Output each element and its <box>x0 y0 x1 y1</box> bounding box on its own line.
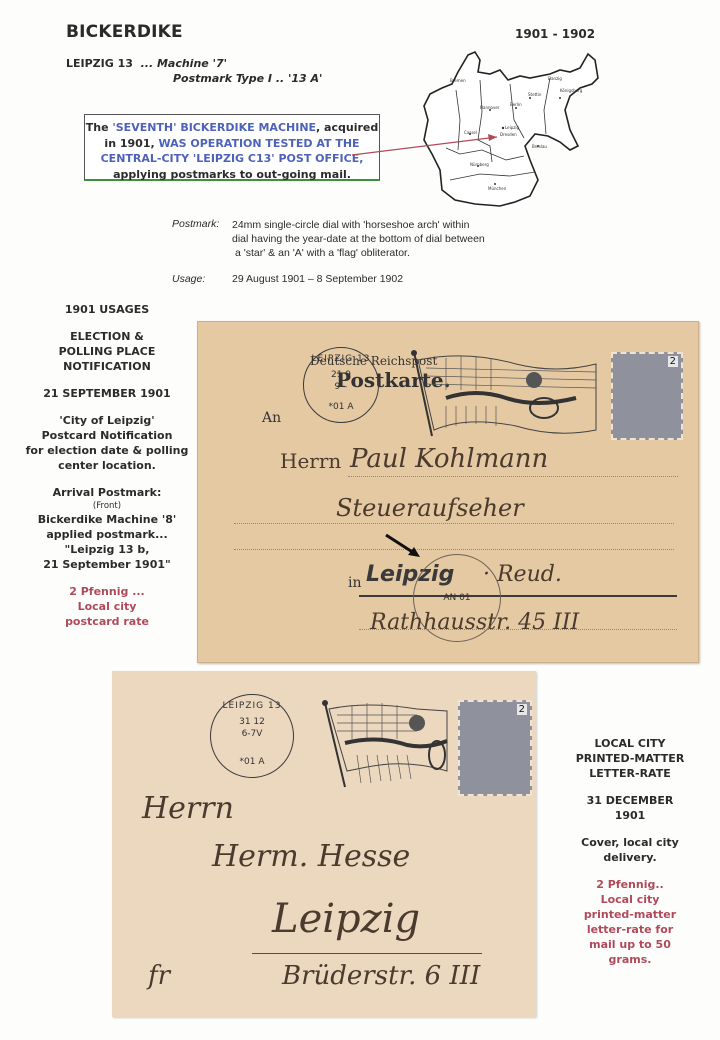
date-line: 1901 <box>550 808 710 823</box>
postmark-description: 24mm single-circle dial with 'horseshoe … <box>232 218 552 260</box>
recipient-name: Paul Kohlmann <box>350 444 548 474</box>
heading-line: LOCAL CITY <box>550 736 710 751</box>
arrival-sub: (Front) <box>22 500 192 512</box>
cover-notes: LOCAL CITY PRINTED-MATTER LETTER-RATE 31… <box>550 736 710 967</box>
postage-stamp: 2 <box>611 352 683 440</box>
arrival-line: applied postmark... <box>22 527 192 542</box>
office-name: LEIPZIG 13 <box>66 57 133 70</box>
postcard-image: Deutsche Reichspost Postkarte. LEIPZIG 1… <box>197 321 699 663</box>
arrival-line: 21 September 1901" <box>22 557 192 572</box>
an-label: An <box>262 410 281 426</box>
svg-text:Berlin: Berlin <box>510 102 522 107</box>
year-range: 1901 - 1902 <box>515 27 595 41</box>
postmark-label: Postmark: <box>172 218 219 230</box>
postmark-line: 24mm single-circle dial with 'horseshoe … <box>232 218 552 232</box>
salutation: Herrn <box>142 791 234 826</box>
svg-text:Danzig: Danzig <box>548 76 562 81</box>
subject-line: POLLING PLACE <box>22 344 192 359</box>
prefix: fr <box>148 961 170 991</box>
cover-image: LEIPZIG 13 31 12 6-7V *01 A 2 Herrn Herm… <box>112 671 536 1017</box>
svg-text:München: München <box>488 186 507 191</box>
rate-line: grams. <box>550 952 710 967</box>
postmark-line: a 'star' & an 'A' with a 'flag' oblitera… <box>232 246 552 260</box>
office-line: LEIPZIG 13 ... Machine '7' <box>66 57 227 70</box>
svg-text:Dresden: Dresden <box>500 132 517 137</box>
herrn-label: Herrn <box>280 449 341 473</box>
rate-line: 2 Pfennig ... <box>22 584 192 599</box>
rate-line: Local city <box>550 892 710 907</box>
section-heading: 1901 USAGES <box>22 302 192 317</box>
in-label: in <box>348 575 362 591</box>
usage-label: Usage: <box>172 273 205 285</box>
date-line: 31 DECEMBER <box>550 793 710 808</box>
page-title: BICKERDIKE <box>66 22 183 42</box>
departure-cancel: LEIPZIG 13 31 12 6-7V *01 A <box>210 694 294 778</box>
arrival-line: "Leipzig 13 b, <box>22 542 192 557</box>
desc-line: 'City of Leipzig' <box>22 413 192 428</box>
svg-text:Königsberg: Königsberg <box>560 88 583 93</box>
rate-line: Local city <box>22 599 192 614</box>
desc-line: delivery. <box>550 850 710 865</box>
recipient-street: Rathhausstr. 45 III <box>370 610 579 635</box>
recipient-occupation: Steueraufseher <box>336 494 524 522</box>
subject-line: NOTIFICATION <box>22 359 192 374</box>
svg-text:Leipzig: Leipzig <box>505 125 519 130</box>
info-text: applying postmarks to out-going mail. <box>113 168 351 181</box>
svg-text:Breslau: Breslau <box>532 144 547 149</box>
germany-map: LeipzigHannoverBerlin KönigsbergStettinD… <box>420 50 620 210</box>
recipient-name: Herm. Hesse <box>212 839 410 874</box>
desc-line: Cover, local city <box>550 835 710 850</box>
postage-stamp: 2 <box>458 700 532 796</box>
heading-line: PRINTED-MATTER <box>550 751 710 766</box>
arrival-title: Arrival Postmark: <box>22 485 192 500</box>
info-text: The <box>86 121 113 134</box>
heading-line: LETTER-RATE <box>550 766 710 781</box>
arrival-line: Bickerdike Machine '8' <box>22 512 192 527</box>
rate-line: postcard rate <box>22 614 192 629</box>
rate-line: mail up to 50 <box>550 937 710 952</box>
rate-line: 2 Pfennig.. <box>550 877 710 892</box>
usage-date: 21 SEPTEMBER 1901 <box>22 386 192 401</box>
postmark-line: dial having the year-date at the bottom … <box>232 232 552 246</box>
desc-line: center location. <box>22 458 192 473</box>
departure-cancel: LEIPZIG 13 21 9 9 – *01 A <box>303 347 379 423</box>
recipient-street: Brüderstr. 6 III <box>282 961 480 991</box>
info-highlight: 'SEVENTH' BICKERDIKE MACHINE <box>112 121 316 134</box>
postcard-notes: 1901 USAGES ELECTION & POLLING PLACE NOT… <box>22 302 192 629</box>
svg-text:Bremen: Bremen <box>450 78 466 83</box>
svg-text:Stettin: Stettin <box>528 92 542 97</box>
desc-line: for election date & polling <box>22 443 192 458</box>
subject-line: ELECTION & <box>22 329 192 344</box>
svg-text:Cassel: Cassel <box>464 130 477 135</box>
postmark-type: Postmark Type I .. '13 A' <box>173 72 322 85</box>
flag-obliterator <box>317 699 457 791</box>
machine-number: ... Machine '7' <box>141 57 227 70</box>
svg-text:Nürnberg: Nürnberg <box>470 162 489 167</box>
usage-dates: 29 August 1901 – 8 September 1902 <box>232 273 403 285</box>
destination-city: Leipzig <box>272 896 420 942</box>
svg-text:Hannover: Hannover <box>480 105 500 110</box>
rate-line: letter-rate for <box>550 922 710 937</box>
rate-line: printed-matter <box>550 907 710 922</box>
desc-line: Postcard Notification <box>22 428 192 443</box>
flag-obliterator <box>406 350 606 442</box>
arrow-pointer-icon <box>384 533 424 559</box>
info-box: The 'SEVENTH' BICKERDIKE MACHINE, acquir… <box>84 114 380 181</box>
